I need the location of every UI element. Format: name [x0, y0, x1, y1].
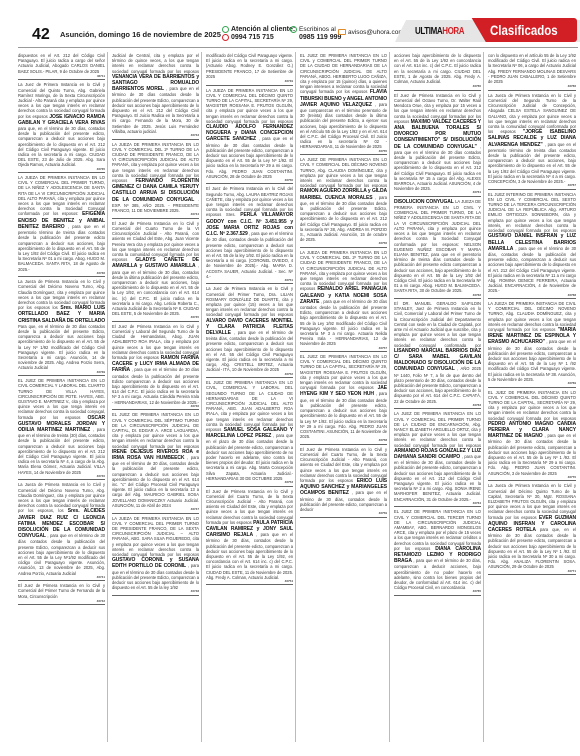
notice-code: 46754 [206, 580, 293, 584]
notice-text: LA JUEZA DE PRIMERA INSTANCIA EN LO CIVI… [300, 250, 387, 291]
column-1: dispuestos en el Art. 212 del Código Civ… [18, 52, 108, 742]
notice-text-cont: , para que, en el término de 30 días con… [300, 195, 387, 243]
notice-text-cont: , para que en el término de 30 días cont… [18, 533, 105, 575]
legal-notice: El Juez de Primera Instancia en lo Civil… [206, 488, 293, 586]
legal-notice: Judicial de Central, cita y emplaza por … [112, 52, 199, 140]
legal-notice: LA JUEZA DE PRIMERA INSTANCIA DE CIVIL Y… [488, 300, 576, 388]
notice-text: LA JUEZ DE PRIMERA INSTANCIA EN LO CIVIL… [300, 157, 387, 188]
notice-text-cont: , para que en el término de 30 días cont… [112, 86, 199, 134]
column-4: EL JUEZ DE PRIMERA INSTANCIA EN LO CIVIL… [300, 52, 390, 742]
mail-icon [338, 29, 346, 35]
notice-code: 46756 [300, 242, 387, 246]
notice-code: 46749 [206, 80, 293, 84]
notice-code: 46759 [300, 512, 387, 516]
notice-code: 46740 [18, 475, 105, 479]
legal-notice: El Juez de Primera Instancia en lo Civil… [112, 220, 199, 322]
notice-code: 46745 [112, 316, 199, 320]
whatsapp-contact: Escribinos al 0985 119 999 [290, 26, 341, 41]
notice-code: 46752 [206, 373, 293, 377]
notice-code: 46735 [18, 168, 105, 172]
ultimahora-logo: ULTIMAHORA [415, 26, 464, 37]
notice-text-cont: , para que en el plazo de 30 días contad… [206, 433, 293, 481]
notice-code: 46741 [18, 576, 105, 580]
notice-code: 46764 [394, 502, 481, 506]
notice-text: EL JUEZ DE PRIMERA INSTANCIA EN LO CIVIL… [206, 380, 293, 432]
notice-text-cont: , para que en el término de 30 días cont… [488, 339, 576, 381]
header-divider [18, 47, 578, 48]
notice-code: 46736 [18, 272, 105, 276]
notice-parties: DISOLUCION CONYUGAL [394, 199, 454, 205]
customer-service: Atención al cliente: 0994 715 715 [222, 26, 295, 41]
legal-notice: modificado del Código Civil Paraguayo vi… [206, 52, 293, 86]
legal-notice: EL JUEZ DE PRIMERA INSTANCIA EN LO CIVIL… [206, 379, 293, 486]
page-number: 42 [32, 26, 50, 44]
notice-text-cont: , para que en el término de 30 días cont… [206, 136, 293, 178]
legal-notice: LA JUEZA DE PRIMERA INSTANCIA EN LO CIVI… [206, 87, 293, 185]
notice-code: 46739 [18, 371, 105, 375]
notice-code: 46742 [18, 600, 105, 604]
legal-notice: La Jueza de Primera Instancia en lo Civi… [488, 482, 576, 575]
notice-text-cont: , para que, en el término de 30 días con… [300, 391, 387, 439]
notice-text-cont: , para que en el término de 30 días, con… [112, 263, 199, 316]
notice-text: LA JUEZ DE PRIMERA INSTANCIA EN LO CIVIL… [394, 411, 481, 447]
publication-date: Asunción, domingo 16 de noviembre de 202… [60, 30, 221, 39]
notice-text-cont: , para que en el término de 30 días cont… [300, 299, 387, 347]
notice-code: 46765 [394, 590, 481, 594]
legal-notice: con lo dispuesto en el artículo 55 de la… [488, 52, 576, 91]
notice-code: 46746 [112, 405, 199, 409]
legal-notice: LA JUEZA DE PRIMERA INSTANCIA EN LO CIVI… [300, 249, 387, 352]
legal-notice: El Juez de Primera Instancia en lo Civil… [18, 582, 105, 605]
notice-text-cont: , para que en el término de treinta días… [206, 330, 293, 372]
legal-notice: LA JUEZA DE PRIMERA INSTANCIA EN LO CIVI… [112, 141, 199, 219]
logo-ultima: ULTIMA [415, 26, 442, 37]
notice-text: El DR. MANUEL GERALDO SAIFILDIN STANLEY,… [394, 301, 481, 348]
notice-text: EL JUEZ DE PRIMERA INSTANCIA EN LO CIVIL… [394, 509, 481, 550]
notice-text: EL JUEZ DE PRIMERA INSTANCIA EN LO CIVIL… [300, 354, 387, 390]
notice-code: 46760 [394, 85, 481, 89]
legal-notice: EL JUEZ DE PRIMERA INSTANCIA EN LO CIVIL… [394, 508, 481, 596]
notice-text-cont: , para que en el término de treinta (30)… [18, 427, 105, 475]
notice-parties: IRENE DEJESUS RIVEROS ROA e IRMA ROSA VA… [112, 449, 199, 461]
notice-text: acciones bajo apercibimiento de lo dispu… [394, 53, 481, 84]
classifieds-columns: dispuestos en el Art. 212 del Código Civ… [18, 52, 578, 742]
notice-code: 46750 [206, 179, 293, 183]
notice-code: 46761 [394, 191, 481, 195]
customer-service-label: Atención al cliente: [231, 26, 295, 33]
notice-text: Judicial de Central, cita y emplaza por … [112, 53, 199, 74]
legal-notice: El DR. MANUEL GERALDO SAIFILDIN STANLEY,… [394, 300, 481, 409]
notice-text: LA JUEZA DE PRIMERA INSTANCIA EN LO CIVI… [18, 175, 105, 216]
notice-text: EL JUEZ DE PRIMERA INSTANCIA EN LO CIVIL… [488, 390, 576, 421]
notice-parties: GUSTAVO CORONIL y SUSANA EDITH PORTILLO … [112, 557, 199, 569]
notice-code: 46769 [488, 382, 576, 386]
notice-code: 46762 [394, 294, 481, 298]
notice-text: modificado del Código Civil Paraguayo vi… [206, 53, 293, 79]
notice-text: La Jueza de Primera Instancia en lo Civi… [488, 93, 576, 134]
notice-text-cont: , para que en el término de 30 días cont… [488, 433, 576, 475]
notice-text: LA JUEZA DE PRIMERA INSTANCIA EN LO CIVI… [112, 142, 199, 183]
legal-notice: La Juez de Primera Instancia en lo Civil… [206, 285, 293, 378]
notice-text: EL JUEZ DE PRIMERA INSTANCIA EN LO CIVIL… [18, 378, 105, 419]
logo-hora: HORA [442, 26, 464, 37]
notice-text: con lo dispuesto en el artículo 55 de la… [488, 53, 576, 84]
legal-notice: EL JUEZ DE PRIMERA INSTANCIA EN LO CIVIL… [300, 52, 387, 155]
notice-text-cont: , AÑO 2025 Nº 1440, Folio Nº 7, a fin de… [394, 366, 481, 403]
notice-text-cont: LA JUEZA DE PRIMERA INSTANCIA EN LO CIVI… [394, 199, 481, 293]
legal-notice: La Juez de Primera Instancia en lo Civil… [18, 81, 105, 173]
legal-notice: La Jueza de Primera Instancia en lo Civi… [18, 278, 105, 376]
notice-code: 46753 [206, 481, 293, 485]
whatsapp-icon [290, 26, 297, 33]
legal-notice: DISOLUCION CONYUGAL LA JUEZA DE PRIMERA … [394, 198, 481, 299]
notice-code: 46748 [112, 590, 199, 594]
legal-notice: LA JUEZ DE PRIMERA INSTANCIA EN LO CIVIL… [394, 410, 481, 507]
notice-code: 46747 [112, 508, 199, 512]
whatsapp-label: Escribinos al [299, 26, 336, 33]
phone-icon [222, 34, 229, 41]
legal-notice: LA JUEZA DE PRIMERA INSTANCIA EN LO CIVI… [112, 515, 199, 596]
legal-notice: La Jueza de Primera Instancia en lo Civi… [18, 481, 105, 581]
notice-code: 46755 [300, 150, 387, 154]
notice-text-cont: , para que en el término de 30 días, con… [488, 246, 576, 294]
notice-code: 46766 [488, 85, 576, 89]
notice-text-cont: , para que en el término de 30 días, con… [112, 455, 199, 508]
notice-text: dispuestos en el Art. 212 del Código Civ… [18, 53, 105, 74]
notice-text-cont: para que, en el término de 30 días, cont… [18, 126, 105, 167]
notice-code: 46744 [112, 213, 199, 217]
page-header: 42 Asunción, domingo 16 de noviembre de … [0, 18, 580, 44]
notice-text: EL JUEZ INTERINO DE PRIMERA INSTANCIA EN… [488, 192, 576, 233]
whatsapp-icon [222, 26, 229, 33]
legal-notice: LA JUEZA DE PRIMERA INSTANCIA EN LO CIVI… [18, 174, 105, 277]
legal-notice: EL JUEZ DE PRIMERA INSTANCIA EN LO CIVIL… [300, 353, 387, 445]
notice-text-cont: , para que en el término de 30 días, con… [206, 532, 293, 580]
legal-notice: EL JUEZ INTERINO DE PRIMERA INSTANCIA EN… [488, 191, 576, 299]
legal-notice: EL JUEZ DE PRIMERA INSTANCIA EN LO CIVIL… [488, 389, 576, 482]
notice-text: EL JUEZ DE PRIMERA INSTANCIA EN LO CIVIL… [112, 412, 199, 448]
notice-text-cont: , para que en el término de 30 días, con… [206, 231, 293, 279]
notice-text: EL JUEZ DE PRIMERA INSTANCIA EN LO CIVIL… [300, 53, 387, 94]
legal-notice: El Juez de Primera Instancia en lo Civil… [112, 323, 199, 411]
notice-code: 46751 [206, 279, 293, 283]
section-title: Clasificados [490, 22, 558, 38]
notice-code: 46770 [488, 476, 576, 480]
notice-text: LA JUEZA DE PRIMERA INSTANCIA EN LO CIVI… [112, 516, 199, 557]
legal-notice: EL JUEZ DE PRIMERA INSTANCIA EN LO CIVIL… [112, 411, 199, 513]
notice-text-cont: , para que en el perentorio término de t… [488, 142, 576, 184]
whatsapp-phone: 0985 119 999 [299, 34, 341, 41]
notice-text: LA JUEZA DE PRIMERA INSTANCIA EN LO CIVI… [206, 88, 293, 124]
legal-notice: La Jueza de Primera Instancia en lo Civi… [488, 92, 576, 190]
notice-code: 46743 [112, 134, 199, 138]
notice-code: 46768 [488, 294, 576, 298]
notice-code: 46758 [300, 439, 387, 443]
notice-text-cont: , para que comparezcan en el término per… [300, 102, 387, 150]
notice-code: 46711 [18, 75, 105, 79]
notice-text: El Juez de Primera Instancia en lo Civil… [112, 221, 199, 262]
column-5: acciones bajo apercibimiento de lo dispu… [394, 52, 484, 742]
notice-text: La Juez de Primera Instancia en lo Civil… [206, 286, 293, 317]
legal-notice: dispuestos en el Art. 212 del Código Civ… [18, 52, 105, 80]
legal-notice: El Juez de Primera Instancia en lo Civil… [394, 92, 481, 197]
legal-notice: acciones bajo apercibimiento de lo dispu… [394, 52, 481, 91]
notice-text-cont: , para que en el término de 30 días cont… [394, 144, 481, 192]
notice-text-cont: , para que en el término de 30 días, con… [394, 454, 481, 502]
notice-text-cont: Para que, en el término de 30 días conta… [18, 324, 105, 371]
customer-service-phone: 0994 715 715 [231, 34, 274, 41]
column-3: modificado del Código Civil Paraguayo vi… [206, 52, 296, 742]
notice-text-cont: para que, en el término de 30 días conta… [488, 527, 576, 569]
notice-text-cont: , para que en el perentorio término de t… [18, 224, 105, 272]
notice-text: El Juez de Primera Instancia en lo Civil… [18, 583, 105, 598]
column-6: con lo dispuesto en el artículo 55 de la… [488, 52, 578, 742]
column-2: Judicial de Central, cita y emplaza por … [112, 52, 202, 742]
legal-notice: LA JUEZ DE PRIMERA INSTANCIA EN LO CIVIL… [300, 156, 387, 248]
legal-notice: El Juez de Primera Instancia en lo Civil… [206, 185, 293, 284]
legal-notice: El Juez de Primera Instancia en lo Civil… [300, 446, 387, 518]
notice-code: 46757 [300, 347, 387, 351]
notice-code: 46767 [488, 184, 576, 188]
notice-text-cont: , para que en el término de 30 días cont… [112, 367, 199, 404]
notice-code: 46763 [394, 404, 481, 408]
notice-code: 46771 [488, 570, 576, 574]
legal-notice: EL JUEZ DE PRIMERA INSTANCIA EN LO CIVIL… [18, 377, 105, 480]
notice-parties: RAMON AGUERO ZORRILLA y GILDA MARIBEL CU… [300, 188, 387, 200]
